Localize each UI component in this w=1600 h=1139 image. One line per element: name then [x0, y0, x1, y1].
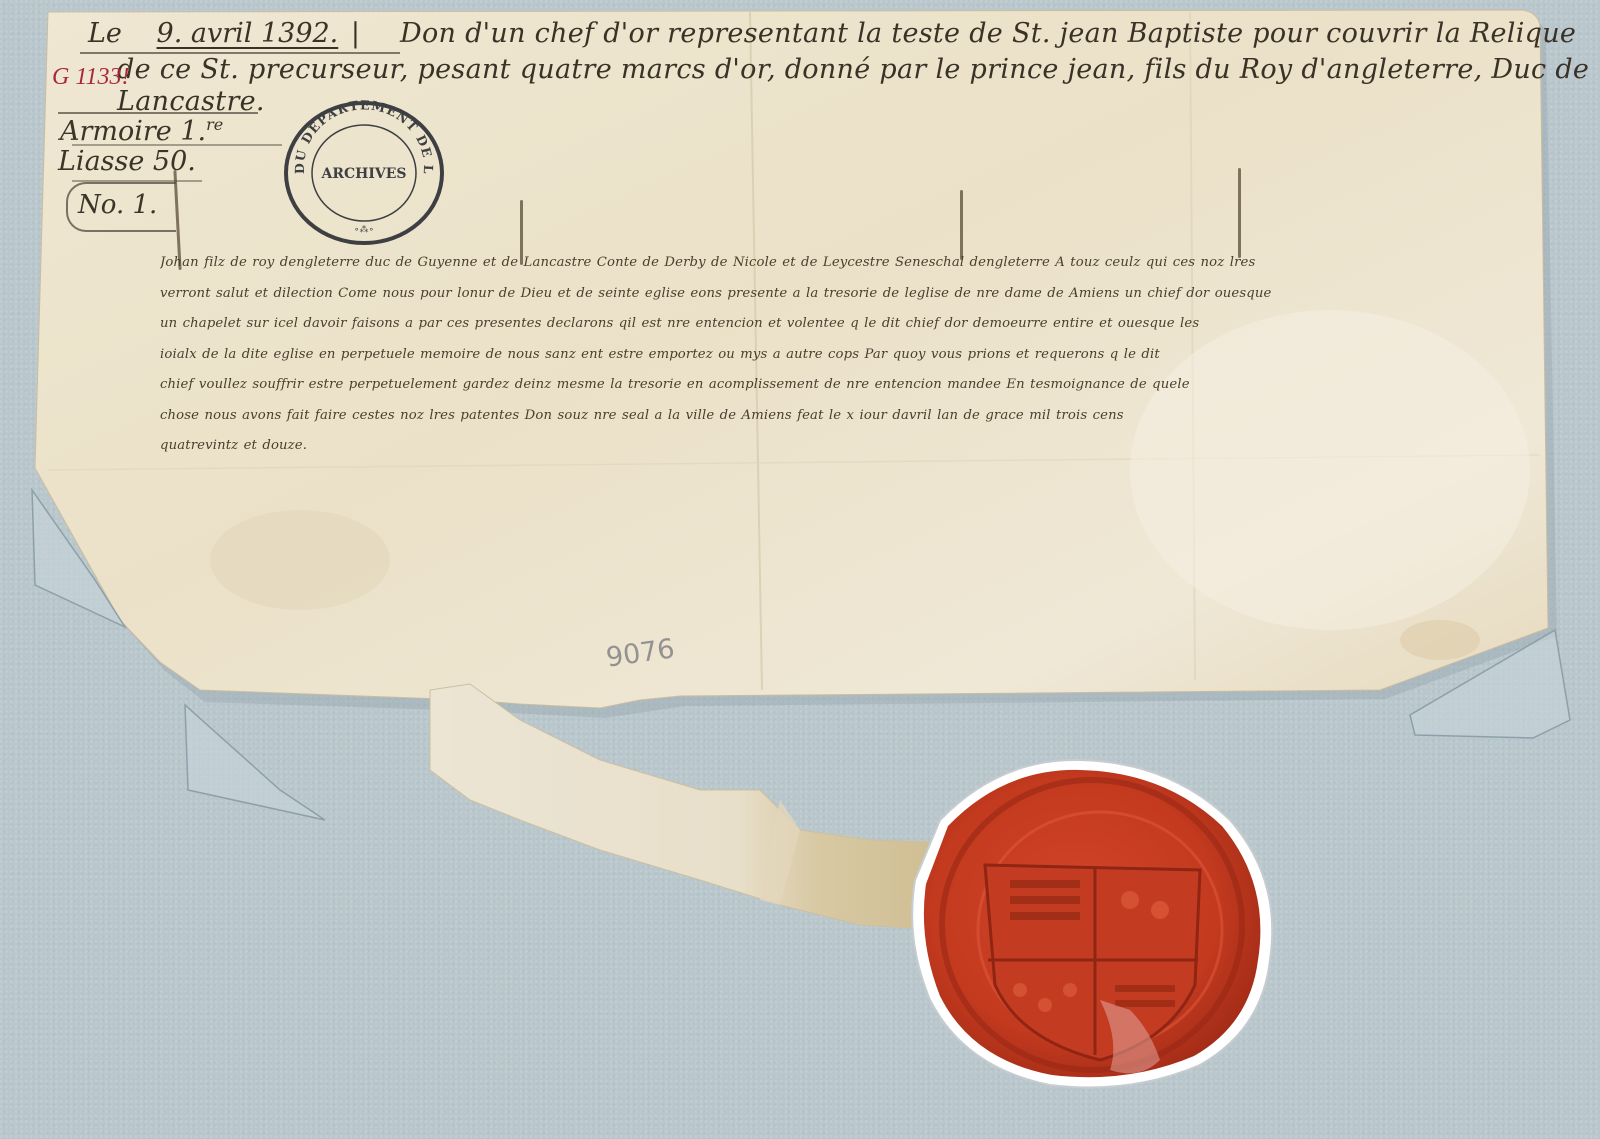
charter-line: quatrevintz et douze. [160, 431, 1530, 462]
armoire-label: Armoire 1.re [60, 115, 223, 147]
charter-line: verront salut et dilection Come nous pou… [160, 279, 1530, 310]
charter-line: ioialx de la dite eglise en perpetuele m… [160, 340, 1530, 371]
archives-somme-stamp: DU DÉPARTEMENT DE LA SOMME ARCHIVES ∘⁂∘ [283, 100, 445, 246]
summary-date: Le 9. avril 1392. | [88, 18, 360, 49]
stamp-ring-text: DU DÉPARTEMENT DE LA SOMME [283, 100, 436, 175]
svg-text:DU DÉPARTEMENT DE LA SOMME: DU DÉPARTEMENT DE LA SOMME [283, 100, 436, 175]
document-photograph: Le 9. avril 1392. | Don d'un chef d'or r… [0, 0, 1600, 1139]
armoire-text: Armoire 1. [60, 116, 206, 147]
parchment-shape [0, 0, 1600, 1139]
wax-seal-shape [912, 760, 1272, 1088]
numero-label: No. 1. [78, 190, 157, 220]
charter-line: chose nous avons fait faire cestes noz l… [160, 401, 1530, 432]
stamp-ornament: ∘⁂∘ [354, 224, 374, 235]
date-prefix: Le [88, 18, 122, 49]
charter-line: un chapelet sur icel davoir faisons a pa… [160, 309, 1530, 340]
red-call-number: G 1133! [52, 64, 130, 91]
ascender-stroke [1238, 168, 1241, 258]
stamp-center-text: ARCHIVES [320, 166, 406, 182]
stamp-graphic: DU DÉPARTEMENT DE LA SOMME ARCHIVES ∘⁂∘ [283, 100, 445, 246]
summary-line-1: Don d'un chef d'or representant la teste… [400, 18, 1576, 49]
parchment-sheet [0, 0, 1600, 1139]
date-value: 9. avril 1392. [157, 18, 339, 49]
shelfmark-rule-1 [58, 112, 258, 114]
summary-line-2: de ce St. precurseur, pesant quatre marc… [117, 54, 1589, 85]
date-separator: | [351, 18, 360, 49]
charter-text: Johan filz de roy dengleterre duc de Guy… [160, 248, 1530, 462]
charter-line: Johan filz de roy dengleterre duc de Guy… [160, 248, 1530, 279]
armoire-superscript: re [206, 115, 223, 134]
charter-line: chief voullez souffrir estre perpetuelem… [160, 370, 1530, 401]
